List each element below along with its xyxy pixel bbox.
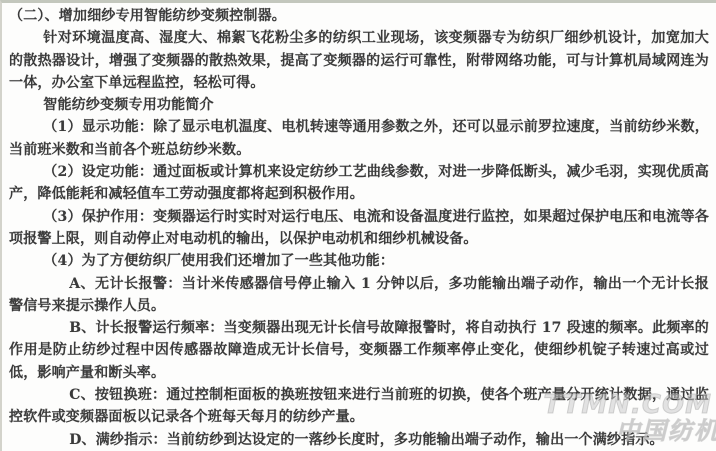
paragraph-function-1-display: （1）显示功能：除了显示电机温度、电机转速等通用参数之外，还可以显示前罗拉速度，…: [9, 116, 709, 161]
paragraph-item-a-no-length-alarm: A、无计长报警：当计米传感器信号停止输入 1 分钟以后，多功能输出端子动作，输出…: [9, 273, 709, 318]
paragraph-function-2-setting: （2）设定功能：通过面板或计算机来设定纺纱工艺曲线参数，对进一步降低断头，减少毛…: [9, 161, 709, 206]
paragraph-item-d-full-yarn-indicator: D、满纱指示：当前纺纱到达设定的一落纱长度时，多功能输出端子动作，输出一个满纱指…: [9, 429, 709, 451]
paragraph-function-4-others: （4）为了方便纺织厂使用我们还增加了一些其他功能：: [9, 250, 709, 272]
paragraph-intro: 针对环境温度高、湿度大、棉絮飞花粉尘多的纺织工业现场，该变频器专为纺织厂细纱机设…: [9, 27, 709, 94]
paragraph-function-3-protection: （3）保护作用：变频器运行时实时对运行电压、电流和设备温度进行监控，如果超过保护…: [9, 206, 709, 251]
document-page: （二）、增加细纱专用智能纺纱变频控制器。 针对环境温度高、湿度大、棉絮飞花粉尘多…: [0, 0, 716, 451]
paragraph-item-b-alarm-frequency: B、计长报警运行频率：当变频器出现无计长信号故障报警时，将自动执行 17 段速的…: [9, 317, 709, 384]
paragraph-item-c-shift-button: C、按钮换班：通过控制柜面板的换班按钮来进行当前班的切换，使各个班产量分开统计数…: [9, 384, 709, 429]
document-title: （二）、增加细纱专用智能纺纱变频控制器。: [9, 5, 709, 27]
section-heading-function-overview: 智能纺纱变频专用功能简介: [9, 94, 709, 116]
document-body: （二）、增加细纱专用智能纺纱变频控制器。 针对环境温度高、湿度大、棉絮飞花粉尘多…: [9, 5, 709, 451]
